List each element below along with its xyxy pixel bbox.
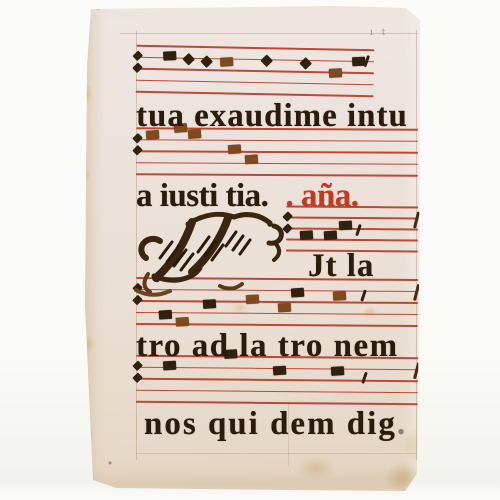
neume-square [220,57,233,67]
staff-line [136,389,418,393]
staff-end-tick [413,211,420,228]
clef-mark [132,62,143,73]
staff-line [136,139,418,142]
neume-square [228,144,242,154]
chant-incipit: Jt la [308,248,374,285]
staff-line [136,45,374,51]
neume-diamond [260,54,273,67]
neume-square [273,366,287,376]
neume-square [333,291,347,301]
staff-line [136,79,374,85]
manuscript-page: ı t [84,6,420,492]
staff-line [136,150,418,153]
neume-square [324,230,338,240]
initial-n-flourish [124,202,300,304]
clef-mark [132,50,143,61]
chant-text: tua exaudime intu [136,98,408,134]
neume-square [159,310,173,320]
staff-line [136,91,374,97]
chant-text-line-2: a iusti tia.. aña. [136,178,359,215]
custos-mark [355,224,362,236]
neume-square [163,51,176,61]
decorated-initial [124,202,300,304]
neume-square [278,303,292,313]
neume-square [176,317,190,327]
chant-text-line-1: tua exaudime intu [136,98,408,135]
chant-text: a iusti tia. [136,178,268,214]
staff-line [136,401,418,405]
rubric-antiphon-label: . aña. [285,178,358,214]
staff-line [136,162,418,165]
neume-square [245,154,259,164]
staff-1 [136,45,375,98]
staff-line [136,312,418,316]
staff-line [136,378,418,382]
neume-diamond [182,53,195,66]
chant-text: nos qui dem dig [144,406,397,442]
custos-mark [361,372,368,384]
neume-square [339,221,353,231]
faint-period: . [397,406,407,442]
staff-line [136,173,418,176]
chant-text: tro ad la tro nem [136,328,399,364]
chant-text: Jt la [308,248,374,284]
clef-mark [132,145,143,156]
neume-square [331,366,345,376]
staff-line [286,217,418,220]
clef-mark [132,372,143,383]
neume-square [329,68,342,78]
neume-square [300,230,314,240]
chant-text-line-3: tro ad la tro nem [136,328,399,365]
chant-text-line-4: nos qui dem dig. [144,406,407,443]
